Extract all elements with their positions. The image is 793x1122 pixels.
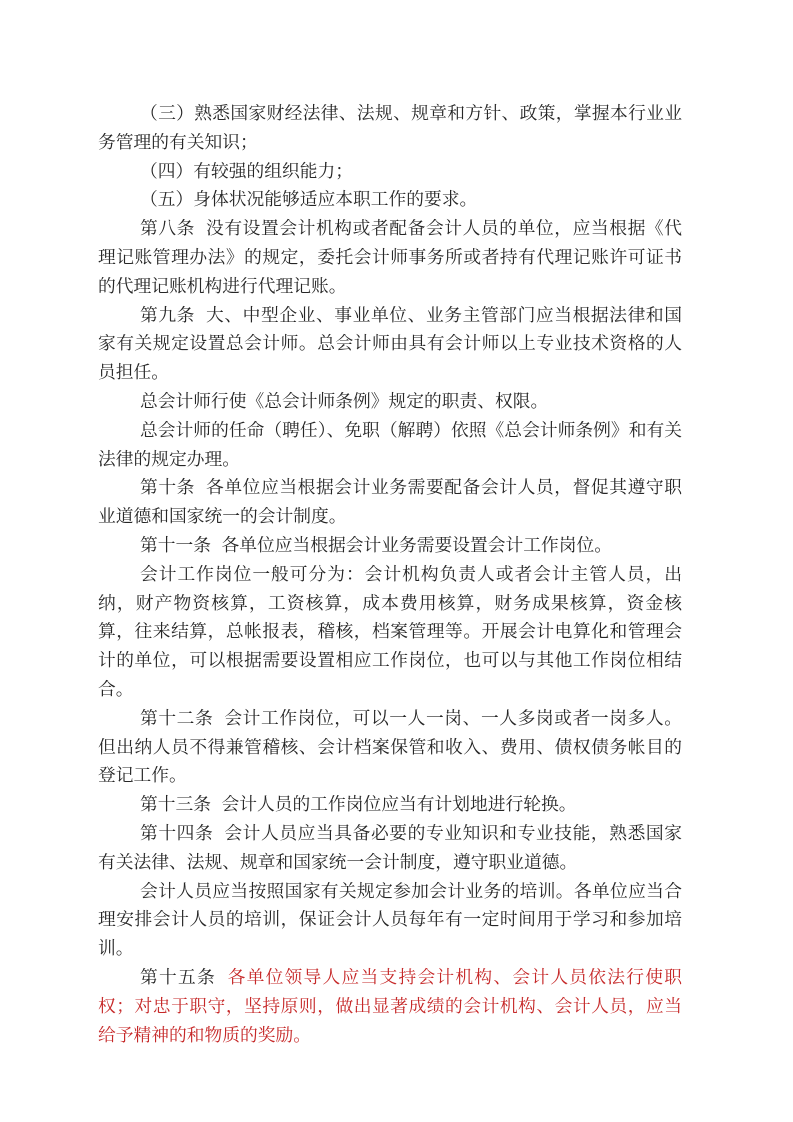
- text-run: 第十三条 会计人员的工作岗位应当有计划地进行轮换。: [140, 794, 576, 814]
- text-run: 会计工作岗位一般可分为：会计机构负责人或者会计主管人员，出纳，财产物资核算，工资…: [98, 564, 682, 699]
- article-14-paragraph-1: 第十四条 会计人员应当具备必要的专业知识和专业技能，熟悉国家有关法律、法规、规章…: [98, 819, 682, 877]
- article-11-paragraph-1: 第十一条 各单位应当根据会计业务需要设置会计工作岗位。: [98, 531, 682, 560]
- article-number-run: 第十五条: [140, 967, 228, 987]
- article-13-paragraph: 第十三条 会计人员的工作岗位应当有计划地进行轮换。: [98, 790, 682, 819]
- article-9-paragraph-3: 总会计师的任命（聘任）、免职（解聘）依照《总会计师条例》和有关法律的规定办理。: [98, 416, 682, 474]
- text-run: 第十二条 会计工作岗位，可以一人一岗、一人多岗或者一岗多人。但出纳人员不得兼管稽…: [98, 708, 682, 786]
- clause-5-item: （五）身体状况能够适应本职工作的要求。: [98, 185, 682, 214]
- text-run: （四）有较强的组织能力；: [140, 161, 353, 181]
- text-run: 总会计师的任命（聘任）、免职（解聘）依照《总会计师条例》和有关法律的规定办理。: [98, 420, 682, 469]
- text-run: 第八条 没有设置会计机构或者配备会计人员的单位，应当根据《代理记账管理办法》的规…: [98, 218, 682, 296]
- clause-3-item: （三）熟悉国家财经法律、法规、规章和方针、政策，掌握本行业业务管理的有关知识；: [98, 99, 682, 157]
- text-run: （五）身体状况能够适应本职工作的要求。: [140, 189, 477, 209]
- article-9-paragraph-1: 第九条 大、中型企业、事业单位、业务主管部门应当根据法律和国家有关规定设置总会计…: [98, 301, 682, 387]
- document-text-block: （三）熟悉国家财经法律、法规、规章和方针、政策，掌握本行业业务管理的有关知识； …: [98, 99, 682, 1049]
- clause-4-item: （四）有较强的组织能力；: [98, 157, 682, 186]
- article-9-paragraph-2: 总会计师行使《总会计师条例》规定的职责、权限。: [98, 387, 682, 416]
- text-run: 第十条 各单位应当根据会计业务需要配备会计人员，督促其遵守职业道德和国家统一的会…: [98, 477, 682, 526]
- text-run: 第十一条 各单位应当根据会计业务需要设置会计工作岗位。: [140, 535, 612, 555]
- article-15-paragraph: 第十五条 各单位领导人应当支持会计机构、会计人员依法行使职权；对忠于职守，坚持原…: [98, 963, 682, 1049]
- article-8-paragraph: 第八条 没有设置会计机构或者配备会计人员的单位，应当根据《代理记账管理办法》的规…: [98, 214, 682, 300]
- text-run: （三）熟悉国家财经法律、法规、规章和方针、政策，掌握本行业业务管理的有关知识；: [98, 103, 682, 152]
- text-run: 第十四条 会计人员应当具备必要的专业知识和专业技能，熟悉国家有关法律、法规、规章…: [98, 823, 682, 872]
- text-run: 第九条 大、中型企业、事业单位、业务主管部门应当根据法律和国家有关规定设置总会计…: [98, 305, 682, 383]
- article-14-paragraph-2: 会计人员应当按照国家有关规定参加会计业务的培训。各单位应当合理安排会计人员的培训…: [98, 877, 682, 963]
- text-run: 总会计师行使《总会计师条例》规定的职责、权限。: [140, 391, 548, 411]
- article-10-paragraph: 第十条 各单位应当根据会计业务需要配备会计人员，督促其遵守职业道德和国家统一的会…: [98, 473, 682, 531]
- document-page: （三）熟悉国家财经法律、法规、规章和方针、政策，掌握本行业业务管理的有关知识； …: [0, 0, 793, 1122]
- text-run: 会计人员应当按照国家有关规定参加会计业务的培训。各单位应当合理安排会计人员的培训…: [98, 881, 682, 959]
- article-12-paragraph: 第十二条 会计工作岗位，可以一人一岗、一人多岗或者一岗多人。但出纳人员不得兼管稽…: [98, 704, 682, 790]
- article-11-paragraph-2: 会计工作岗位一般可分为：会计机构负责人或者会计主管人员，出纳，财产物资核算，工资…: [98, 560, 682, 704]
